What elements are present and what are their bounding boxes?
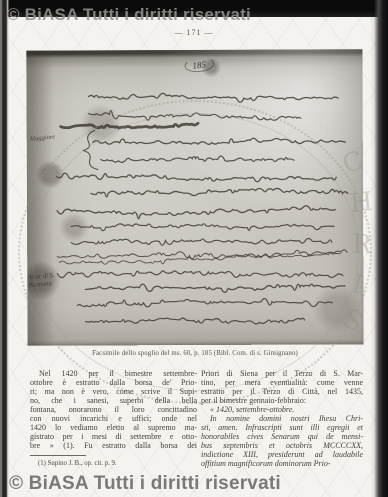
text-line: offitium magnificorum dominorum Prio- [201, 459, 363, 468]
text-line: honorabiles cives Senarum qui de mensi- [201, 432, 363, 441]
text-column-right: Priori di Siena per il Terzo di S. Mar- … [201, 369, 363, 468]
text-line: con nuovi incarichi e uffici; onde nel [30, 414, 197, 423]
copyright-watermark-bottom: © BiASA Tutti i diritti riservati [9, 473, 281, 495]
text-line: ri; ma non è vero, come scrive il Supi- [30, 387, 197, 396]
text-line: bre » (1). Fu estratto dalla borsa dei [30, 441, 197, 450]
copyright-watermark-top: © BiASA Tutti i diritti riservati [7, 5, 251, 25]
text-line: per il bimestre gennaio-febbraio: [201, 396, 363, 405]
scan-edge-left [0, 0, 9, 497]
text-line: gistrato per i mesi di settembre e otto- [30, 432, 197, 441]
text-line: estratto per il Terzo di Città, nel 1435… [201, 387, 363, 396]
text-line: bus septembris et octobris MCCCCXX, [201, 441, 363, 450]
text-line: Priori di Siena per il Terzo di S. Mar- [201, 369, 363, 378]
text-line: fontana, onorarono il loro concittadino [30, 405, 197, 414]
margin-note: Altar di S. Bastiano [28, 271, 65, 290]
facsimile-caption: Facsimile dello spoglio del ms. 60, p. 1… [28, 350, 362, 357]
manuscript-facsimile: 185 Maggiore Altar di S. Bastiano [26, 49, 363, 345]
page-number: — 171 — [0, 28, 388, 37]
text-line: 1420 lo vediamo eletto al supremo ma- [30, 423, 197, 432]
footnote-rule [30, 455, 86, 456]
text-line: « 1420, settembre-ottobre. [201, 405, 363, 414]
text-line: indictione XIII, presiderunt ad laudabil… [201, 450, 363, 459]
text-line: sti, amen. Infrascripti sunt illi egregi… [201, 423, 363, 432]
text-line: tino, per mera eventualità: come venne [201, 378, 363, 387]
footnote: (1) Supino J. B., op. cit. p. 9. [30, 459, 197, 468]
text-line: no, che i sanesi, superbi della bella [30, 396, 197, 405]
text-line: Nel 1420 per il bimestre settembre- [30, 369, 197, 378]
text-line: In nomine domini nostri Ihesu Chri- [201, 414, 363, 423]
scan-edge-right [370, 0, 388, 497]
scanned-page: © BiASA Tutti i diritti riservati — 171 … [0, 0, 388, 497]
text-line: ottobre è estratto dalla borsa de' Prio- [30, 378, 197, 387]
text-column-left: Nel 1420 per il bimestre settembre- otto… [30, 369, 197, 468]
handwriting-strokes [26, 49, 363, 345]
